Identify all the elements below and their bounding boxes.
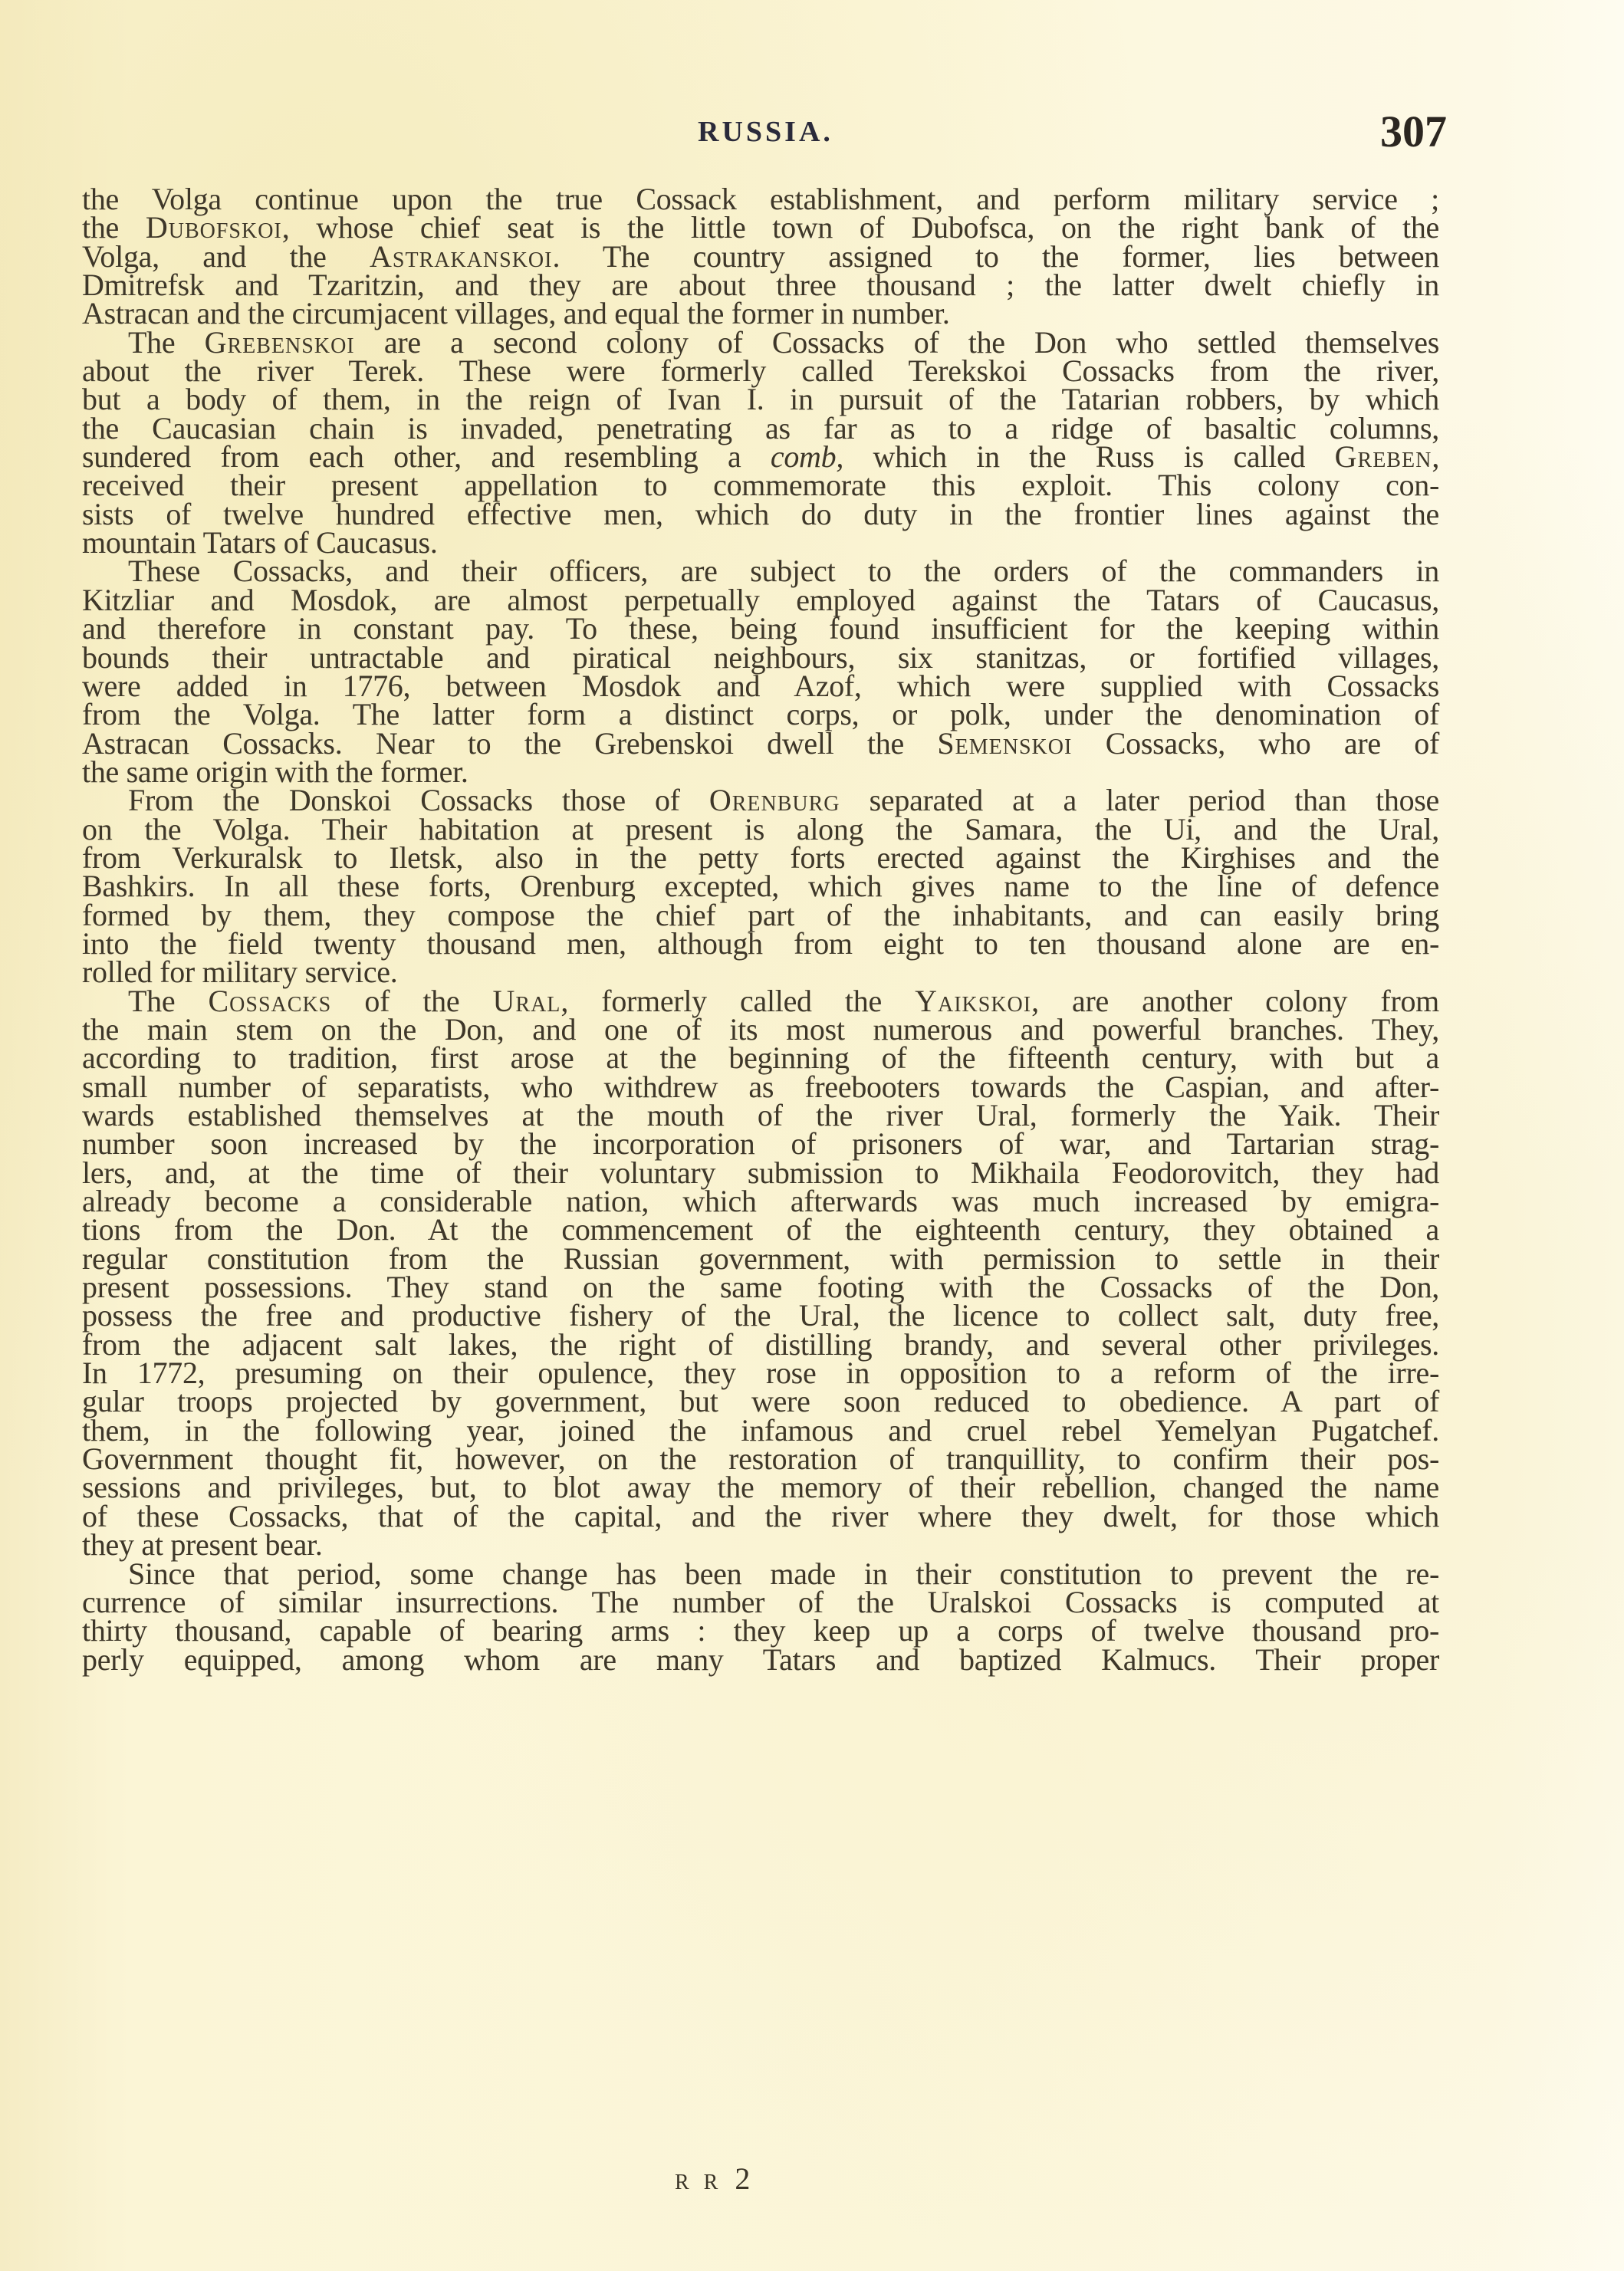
text-line: Since that period, some change has been …: [82, 1559, 1439, 1587]
text-run: perly equipped, among whom are many Tata…: [82, 1642, 1439, 1677]
text-line: into the field twenty thousand men, alth…: [82, 928, 1439, 957]
text-line: they at present bear.: [82, 1530, 1439, 1558]
text-line: were added in 1776, between Mosdok and A…: [82, 671, 1439, 699]
text-line: Astracan Cossacks. Near to the Grebensko…: [82, 728, 1439, 757]
text-line: Astracan and the circumjacent villages, …: [82, 298, 1439, 327]
text-line: lers, and, at the time of their voluntar…: [82, 1158, 1439, 1186]
body-text: the Volga continue upon the true Cossack…: [82, 184, 1439, 1673]
text-line: mountain Tatars of Caucasus.: [82, 527, 1439, 556]
running-title: RUSSIA.: [698, 115, 833, 149]
text-line: received their present appellation to co…: [82, 470, 1439, 498]
text-line: but a body of them, in the reign of Ivan…: [82, 384, 1439, 412]
text-line: present possessions. They stand on the s…: [82, 1272, 1439, 1300]
text-line: thirty thousand, capable of bearing arms…: [82, 1615, 1439, 1644]
text-line: The Grebenskoi are a second colony of Co…: [82, 327, 1439, 356]
text-line: These Cossacks, and their officers, are …: [82, 556, 1439, 584]
text-line: of these Cossacks, that of the capital, …: [82, 1501, 1439, 1530]
running-head: RUSSIA. 307: [0, 106, 1624, 159]
text-line: and therefore in constant pay. To these,…: [82, 613, 1439, 642]
text-line: sists of twelve hundred effective men, w…: [82, 499, 1439, 527]
text-line: perly equipped, among whom are many Tata…: [82, 1645, 1439, 1673]
text-line: the Dubofskoi, whose chief seat is the l…: [82, 212, 1439, 241]
text-line: according to tradition, first arose at t…: [82, 1043, 1439, 1071]
text-line: number soon increased by the incorporati…: [82, 1129, 1439, 1157]
text-line: gular troops projected by government, bu…: [82, 1386, 1439, 1415]
text-line: Bashkirs. In all these forts, Orenburg e…: [82, 871, 1439, 899]
text-line: the main stem on the Don, and one of its…: [82, 1014, 1439, 1043]
text-line: the same origin with the former.: [82, 757, 1439, 785]
book-page: RUSSIA. 307 the Volga continue upon the …: [0, 0, 1624, 2271]
text-line: From the Donskoi Cossacks those of Orenb…: [82, 785, 1439, 813]
text-line: already become a considerable nation, wh…: [82, 1186, 1439, 1214]
text-line: regular constitution from the Russian go…: [82, 1244, 1439, 1272]
text-line: small number of separatists, who withdre…: [82, 1072, 1439, 1100]
signature-letters: R R: [675, 2171, 722, 2194]
text-line: from the Volga. The latter form a distin…: [82, 699, 1439, 728]
text-line: from Verkuralsk to Iletsk, also in the p…: [82, 843, 1439, 871]
text-line: about the river Terek. These were former…: [82, 356, 1439, 384]
text-line: currence of similar insurrections. The n…: [82, 1587, 1439, 1615]
printer-signature-mark: R R 2: [675, 2161, 754, 2197]
text-line: Kitzliar and Mosdok, are almost perpetua…: [82, 585, 1439, 613]
text-line: wards established themselves at the mout…: [82, 1100, 1439, 1129]
proper-noun-small-caps: Semenskoi: [937, 726, 1072, 761]
text-line: rolled for military service.: [82, 957, 1439, 985]
text-line: formed by them, they compose the chief p…: [82, 900, 1439, 928]
text-line: the Caucasian chain is invaded, penetrat…: [82, 413, 1439, 442]
text-line: on the Volga. Their habitation at presen…: [82, 814, 1439, 843]
text-line-content: perly equipped, among whom are many Tata…: [82, 1645, 1439, 1675]
text-line: sessions and privileges, but, to blot aw…: [82, 1472, 1439, 1500]
text-line: Volga, and the Astrakanskoi. The country…: [82, 242, 1439, 270]
text-line: from the adjacent salt lakes, the right …: [82, 1329, 1439, 1358]
text-line: Government thought fit, however, on the …: [82, 1444, 1439, 1472]
text-run: Cossacks, who are of: [1072, 726, 1439, 761]
signature-number: 2: [735, 2161, 754, 2196]
page-number: 307: [1380, 106, 1447, 157]
text-line: tions from the Don. At the commencement …: [82, 1214, 1439, 1243]
text-line: them, in the following year, joined the …: [82, 1415, 1439, 1444]
text-line: sundered from each other, and resembling…: [82, 442, 1439, 470]
text-line: Dmitrefsk and Tzaritzin, and they are ab…: [82, 270, 1439, 298]
text-line: In 1772, presuming on their opulence, th…: [82, 1358, 1439, 1386]
text-line: The Cossacks of the Ural, formerly calle…: [82, 986, 1439, 1014]
text-line: possess the free and productive fishery …: [82, 1300, 1439, 1329]
text-line: bounds their untractable and piratical n…: [82, 643, 1439, 671]
text-line: the Volga continue upon the true Cossack…: [82, 184, 1439, 212]
